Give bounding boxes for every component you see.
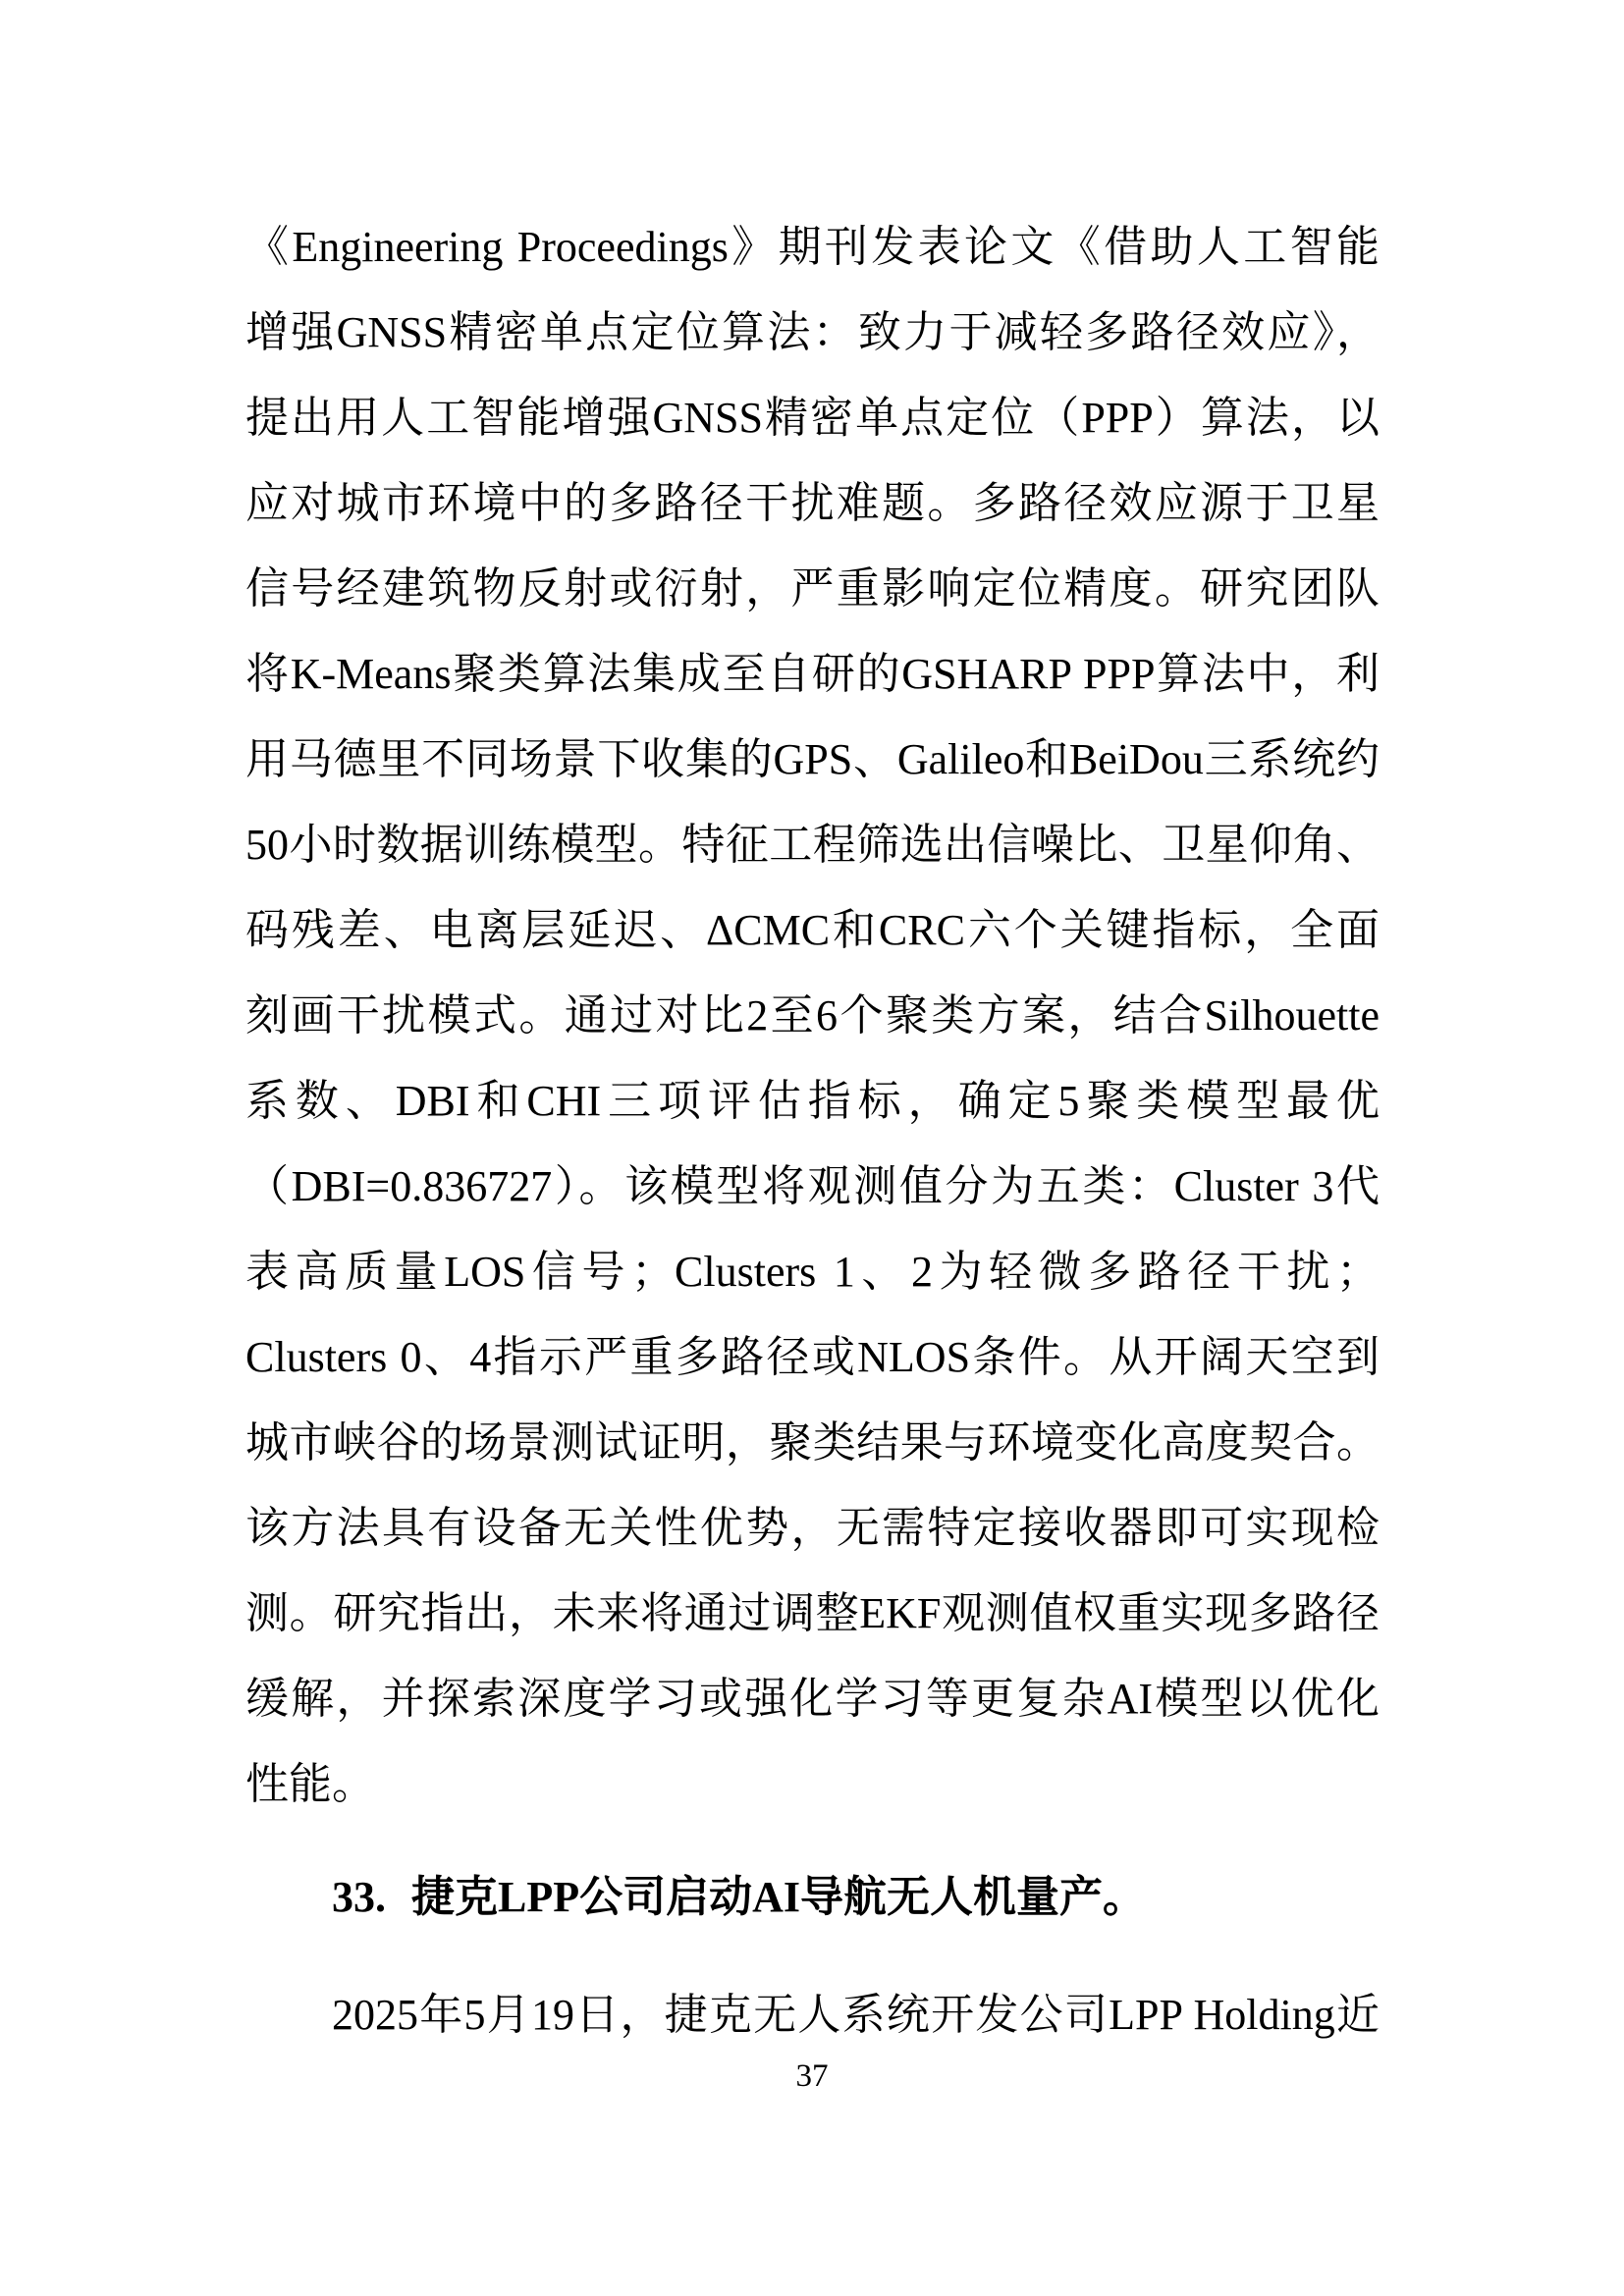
- body-line: 城市峡谷的场景测试证明，聚类结果与环境变化高度契合。: [245, 1400, 1380, 1485]
- body-line: 提出用人工智能增强GNSS精密单点定位（PPP）算法，以: [245, 375, 1380, 460]
- body-line: 应对城市环境中的多路径干扰难题。多路径效应源于卫星: [245, 460, 1380, 546]
- body-line: 2025年5月19日，捷克无人系统开发公司LPP Holding近: [245, 1972, 1380, 2057]
- body-line: 缓解，并探索深度学习或强化学习等更复杂AI模型以优化: [245, 1656, 1380, 1741]
- body-line: 50小时数据训练模型。特征工程筛选出信噪比、卫星仰角、: [245, 802, 1380, 887]
- body-line: Clusters 0、4指示严重多路径或NLOS条件。从开阔天空到: [245, 1314, 1380, 1400]
- body-line: 表高质量LOS信号；Clusters 1、2为轻微多路径干扰；: [245, 1229, 1380, 1314]
- body-line: （DBI=0.836727）。该模型将观测值分为五类：Cluster 3代: [245, 1144, 1380, 1229]
- body-line: 系数、DBI和CHI三项评估指标，确定5聚类模型最优: [245, 1058, 1380, 1144]
- body-line: 刻画干扰模式。通过对比2至6个聚类方案，结合Silhouette: [245, 973, 1380, 1058]
- body-line: 将K-Means聚类算法集成至自研的GSHARP PPP算法中，利: [245, 631, 1380, 717]
- paragraph-gnss-ppp: 《Engineering Proceedings》期刊发表论文《借助人工智能 增…: [245, 204, 1380, 1827]
- body-line: 用马德里不同场景下收集的GPS、Galileo和BeiDou三系统约: [245, 717, 1380, 802]
- paragraph-lpp: 2025年5月19日，捷克无人系统开发公司LPP Holding近: [245, 1972, 1380, 2057]
- body-line: 性能。: [245, 1741, 1380, 1827]
- page-number: 37: [0, 2056, 1624, 2097]
- body-line: 测。研究指出，未来将通过调整EKF观测值权重实现多路径: [245, 1571, 1380, 1656]
- body-line: 该方法具有设备无关性优势，无需特定接收器即可实现检: [245, 1485, 1380, 1571]
- document-page: 《Engineering Proceedings》期刊发表论文《借助人工智能 增…: [0, 0, 1624, 2296]
- body-line: 信号经建筑物反射或衍射，严重影响定位精度。研究团队: [245, 546, 1380, 631]
- section-number: 33.: [332, 1873, 386, 1921]
- document-content: 《Engineering Proceedings》期刊发表论文《借助人工智能 增…: [245, 204, 1380, 2057]
- body-line: 码残差、电离层延迟、ΔCMC和CRC六个关键指标，全面: [245, 887, 1380, 973]
- section-title: 捷克LPP公司启动AI导航无人机量产。: [411, 1873, 1146, 1921]
- body-line: 《Engineering Proceedings》期刊发表论文《借助人工智能: [245, 204, 1380, 290]
- body-line: 增强GNSS精密单点定位算法：致力于减轻多路径效应》，: [245, 290, 1380, 375]
- section-heading-33: 33.捷克LPP公司启动AI导航无人机量产。: [245, 1854, 1380, 1940]
